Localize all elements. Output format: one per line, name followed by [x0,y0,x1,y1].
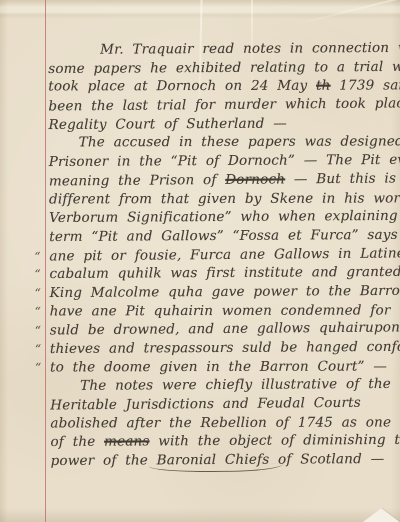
text-run: cabalum quhilk was first institute and g… [49,264,400,282]
manuscript-line: abolished after the Rebellion of 1745 as… [50,413,400,433]
struck-text: means [104,434,150,450]
margin-quote-mark: “ [34,265,40,284]
text-run: King Malcolme quha gave power to the Bar… [49,283,400,301]
manuscript-line: “to the doome given in the Barron Court”… [50,357,400,377]
text-run: power of the [51,452,157,469]
margin-quote-mark: “ [34,284,40,303]
manuscript-line: took place at Dornoch on 24 May th 1739 … [48,77,400,97]
manuscript-line: Mr. Traquair read notes in connection wi… [48,39,400,60]
text-run: meaning the Prison of [49,172,226,190]
text-run: Heritable Jurisdictions and Feudal Court… [50,395,361,414]
margin-quote-mark: “ [35,302,41,321]
manuscript-line: different from that given by Skene in hi… [49,189,400,209]
struck-text: Dornoch [225,171,285,188]
text-run: The accused in these papers was designed… [79,134,400,151]
text-run: 1739 said to have [331,78,400,94]
text-run: to the doome given in the Barron Court” … [50,358,387,375]
text-run: some papers he exhibited relating to a t… [48,58,400,76]
manuscript-line: “King Malcolme quha gave power to the Ba… [49,282,400,303]
text-run: of the [50,434,104,450]
manuscript-line: “have ane Pit quhairin women condemned f… [50,301,400,321]
red-margin-rule [45,0,46,522]
manuscript-line: power of the Baronial Chiefs of Scotland… [51,450,400,471]
margin-quote-mark: “ [35,358,41,377]
manuscript-page: Mr. Traquair read notes in connection wi… [0,0,400,522]
struck-text: th [316,78,331,94]
page-corner-fold [363,494,400,522]
underlined-text: Baronial Chiefs [157,452,270,469]
text-run: took place at Dornoch on 24 May [48,78,316,95]
text-run: suld be drowned, and ane gallows quhairu… [50,319,400,338]
text-run: term “Pit and Gallows” “Fossa et Furca” … [49,226,400,244]
text-run: Mr. Traquair read notes in connection wi… [100,40,400,58]
text-run: ane pit or fousie, Furca ane Gallows in … [49,245,400,264]
margin-quote-mark: “ [35,322,42,341]
manuscript-line: Regality Court of Sutherland — [48,114,400,135]
text-run: The notes were chiefly illustrative of t… [80,376,391,394]
text-run: abolished after the Rebellion of 1745 as… [50,414,391,431]
manuscript-line: term “Pit and Gallows” “Fossa et Furca” … [49,226,400,247]
text-run: have ane Pit quhairin women condemned fo… [50,302,400,319]
manuscript-line: Verborum Significatione” who when explai… [49,207,400,228]
margin-quote-mark: “ [35,340,41,359]
text-run: Verborum Significatione” who when explai… [49,208,400,226]
text-run: of Scotland — [269,451,384,468]
manuscript-line: Prisoner in the “Pit of Dornoch” — The P… [49,151,400,172]
manuscript-line: “cabalum quhilk was first institute and … [49,263,400,284]
text-run: different from that given by Skene in hi… [49,190,400,207]
diagonal-crease [286,0,400,28]
manuscript-line: of the means with the object of diminish… [50,431,400,452]
manuscript-line: meaning the Prison of Dornoch — But this… [49,169,400,191]
manuscript-text: Mr. Traquair read notes in connection wi… [48,39,400,471]
margin-quote-mark: “ [34,247,41,266]
text-run: — But this is a meaning [285,169,400,187]
text-run: been the last trial for murder which too… [48,95,400,115]
text-run: Prisoner in the “Pit of Dornoch” — The P… [49,152,400,170]
text-run: with the object of diminishing the [149,432,400,450]
manuscript-line: The accused in these papers was designed… [49,133,400,153]
text-run: Regality Court of Sutherland — [48,115,286,132]
manuscript-line: some papers he exhibited relating to a t… [48,58,400,79]
manuscript-line: “thieves and trespassours suld be hanged… [50,338,400,359]
text-run: thieves and trespassours suld be hanged … [50,339,400,357]
manuscript-line: Heritable Jurisdictions and Feudal Court… [50,393,400,415]
